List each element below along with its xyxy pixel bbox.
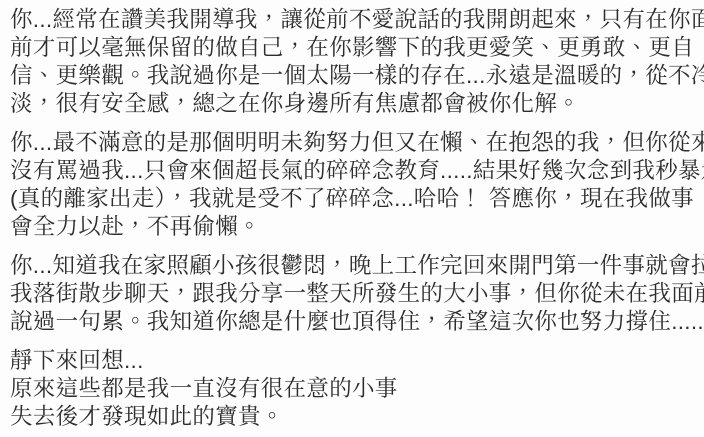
text-line: 你...知道我在家照顧小孩很鬱悶，晚上工作完回來開門第一件事就會拉 <box>10 252 698 280</box>
text-line: 淡，很有安全感，總之在你身邊所有焦慮都會被你化解。 <box>10 90 698 118</box>
text-line: 說過一句累。我知道你總是什麼也頂得住，希望這次你也努力撐住...... <box>10 308 698 336</box>
paragraph-1: 你...經常在讚美我開導我，讓從前不愛說話的我開朗起來，只有在你面 前才可以毫無… <box>10 6 698 118</box>
paragraph-2: 你...最不滿意的是那個明明未夠努力但又在懶、在抱怨的我，但你從來 沒有罵過我.… <box>10 129 698 241</box>
text-line: 沒有罵過我...只會來個超長氣的碎碎念教育.....結果好幾次念到我秒暴走 <box>10 157 698 185</box>
paragraph-3: 你...知道我在家照顧小孩很鬱悶，晚上工作完回來開門第一件事就會拉 我落街散步聊… <box>10 252 698 336</box>
text-line: 你...最不滿意的是那個明明未夠努力但又在懶、在抱怨的我，但你從來 <box>10 129 698 157</box>
text-line: 我落街散步聊天，跟我分享一整天所發生的大小事，但你從未在我面前 <box>10 280 698 308</box>
paragraph-4: 靜下來回想... 原來這些都是我一直沒有很在意的小事 失去後才發現如此的寶貴。 <box>10 347 698 431</box>
text-line: 原來這些都是我一直沒有很在意的小事 <box>10 375 698 403</box>
text-line: 靜下來回想... <box>10 347 698 375</box>
text-line: (真的離家出走），我就是受不了碎碎念...哈哈！ 答應你，現在我做事 <box>10 185 698 213</box>
text-line: 信、更樂觀。我說過你是一個太陽一樣的存在...永遠是溫暖的，從不冷 <box>10 62 698 90</box>
text-document: 你...經常在讚美我開導我，讓從前不愛說話的我開朗起來，只有在你面 前才可以毫無… <box>0 0 704 437</box>
text-line: 前才可以毫無保留的做自己，在你影響下的我更愛笑、更勇敢、更自 <box>10 34 698 62</box>
text-line: 會全力以赴，不再偷懶。 <box>10 213 698 241</box>
text-line: 你...經常在讚美我開導我，讓從前不愛說話的我開朗起來，只有在你面 <box>10 6 698 34</box>
text-line: 失去後才發現如此的寶貴。 <box>10 403 698 431</box>
